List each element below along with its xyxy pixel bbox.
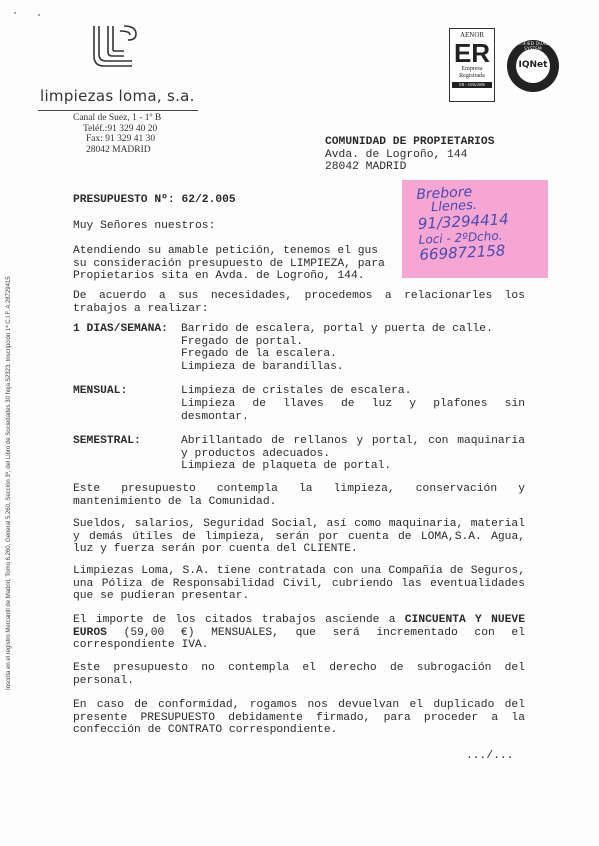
sticky-note: Brebore Llenes. 91/3294414 Loci - 2ºDcho… <box>402 180 548 278</box>
intro-line: Propietarios sita en Avda. de Logroño, 1… <box>73 270 385 283</box>
recipient-street: Avda. de Logroño, 144 <box>325 149 494 162</box>
paragraph-sueldos: Sueldos, salarios, Seguridad Social, así… <box>73 518 525 556</box>
task-item: Barrido de escalera, portal y puerta de … <box>181 323 525 336</box>
scan-speck <box>38 14 40 16</box>
task-item: Fregado de portal. <box>181 336 525 349</box>
paragraph-conformidad: En caso de conformidad, rogamos nos devu… <box>73 699 525 737</box>
schedule-label: SEMESTRAL: <box>73 435 181 473</box>
paragraph-seguros: Limpiezas Loma, S.A. tiene contratada co… <box>73 565 525 603</box>
schedule-row-monthly: MENSUAL: Limpieza de cristales de escale… <box>73 385 525 423</box>
schedule-label: 1 DIAS/SEMANA: <box>73 323 181 373</box>
aenor-er-mark-icon: ER <box>450 40 494 66</box>
schedule-row-semiannual: SEMESTRAL: Abrillantado de rellanos y po… <box>73 435 525 473</box>
sticky-handwriting: Brebore Llenes. 91/3294414 Loci - 2ºDcho… <box>416 181 560 264</box>
recipient-city: 28042 MADRID <box>325 161 494 174</box>
schedule-list: 1 DIAS/SEMANA: Barrido de escalera, port… <box>73 323 525 473</box>
recipient-block: COMUNIDAD DE PROPIETARIOS Avda. de Logro… <box>325 136 494 174</box>
intro-paragraph: Atendiendo su amable petición, tenemos e… <box>73 245 385 283</box>
intro-line: Atendiendo su amable petición, tenemos e… <box>73 245 385 258</box>
paragraph-contempla: Este presupuesto contempla la limpieza, … <box>73 483 525 508</box>
schedule-tasks: Barrido de escalera, portal y puerta de … <box>181 323 525 373</box>
company-address: Canal de Suez, 1 - 1º B Teléf.:91 329 40… <box>73 113 161 155</box>
intro-line: su consideración presupuesto de LIMPIEZA… <box>73 258 385 271</box>
recipient-name: COMUNIDAD DE PROPIETARIOS <box>325 136 494 149</box>
aenor-line2: Registrada <box>450 73 494 80</box>
task-item: Limpieza de llaves de luz y plafones sin… <box>181 398 525 423</box>
registry-note: Inscrita en el registro Mercantil de Mad… <box>6 270 12 690</box>
aenor-certification-badge: AENOR ER Empresa Registrada ER - 1636/20… <box>449 28 495 102</box>
quote-title: PRESUPUESTO Nº: 62/2.005 <box>73 194 236 207</box>
task-item: Fregado de la escalera. <box>181 348 525 361</box>
paragraph-subrogacion: Este presupuesto no contempla el derecho… <box>73 662 525 687</box>
schedule-tasks: Limpieza de cristales de escalera. Limpi… <box>181 385 525 423</box>
address-city: 28042 MADRID <box>73 145 161 156</box>
scan-speck <box>14 12 16 14</box>
importe-text: El importe de los citados trabajos ascie… <box>73 614 405 626</box>
aenor-code: ER - 1636/2006 <box>452 82 492 88</box>
needs-paragraph: De acuerdo a sus necesidades, procedemos… <box>73 290 525 315</box>
iqnet-certification-badge: IQNet CERTIFIED QUALITY SYSTEM <box>507 40 559 92</box>
importe-text: (59,00 €) MENSUALES, que será incrementa… <box>73 627 525 652</box>
schedule-label: MENSUAL: <box>73 385 181 423</box>
iqnet-logo-icon: IQNet <box>507 60 559 70</box>
task-item: Limpieza de barandillas. <box>181 361 525 374</box>
address-street: Canal de Suez, 1 - 1º B <box>73 113 161 124</box>
company-name: limpiezas loma, s.a. <box>40 87 195 105</box>
task-item: Limpieza de cristales de escalera. <box>181 385 525 398</box>
task-item: Limpieza de plaqueta de portal. <box>181 460 525 473</box>
continued-marker: .../... <box>466 750 513 763</box>
schedule-row-weekly: 1 DIAS/SEMANA: Barrido de escalera, port… <box>73 323 525 373</box>
company-logo <box>88 22 144 74</box>
schedule-tasks: Abrillantado de rellanos y portal, con m… <box>181 435 525 473</box>
address-phone: Teléf.:91 329 40 20 <box>73 124 161 135</box>
logo-mark-icon <box>88 22 144 74</box>
greeting: Muy Señores nuestros: <box>73 220 215 233</box>
logo-underline <box>38 110 198 111</box>
iqnet-ring-text: CERTIFIED QUALITY SYSTEM <box>507 41 559 51</box>
address-fax: Fax: 91 329 41 30 <box>73 134 161 145</box>
task-item: Abrillantado de rellanos y portal, con m… <box>181 435 525 460</box>
paragraph-importe: El importe de los citados trabajos ascie… <box>73 614 525 652</box>
